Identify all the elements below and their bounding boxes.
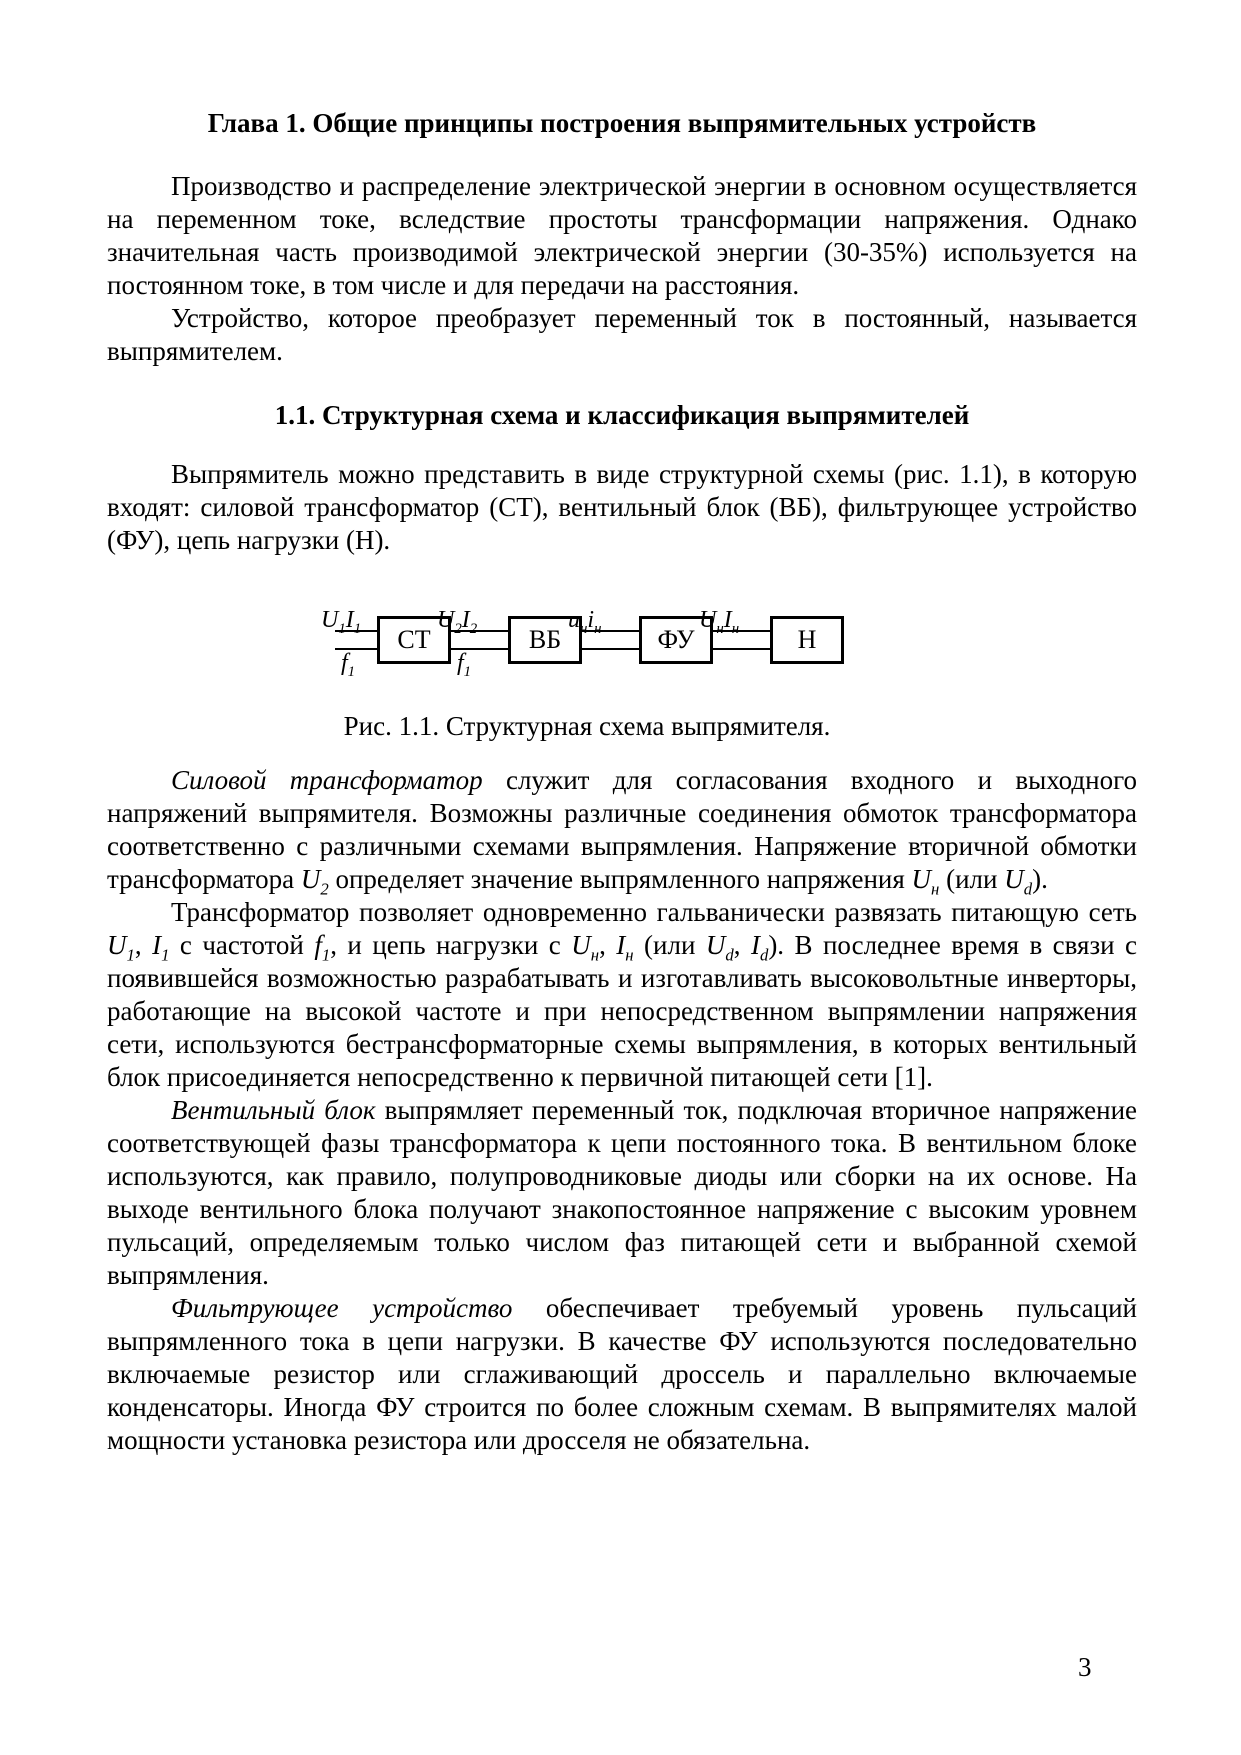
block-load: Н — [770, 616, 844, 664]
input-label-top: U1I1 — [321, 607, 361, 634]
connection-label-top: U2I2 — [437, 607, 477, 634]
connection-st-vb: U2I2 f1 — [451, 630, 508, 650]
connection-label-top: uнiн — [568, 607, 601, 634]
paragraph: Производство и распределение электрическ… — [107, 170, 1137, 302]
section-heading: 1.1. Структурная схема и классификация в… — [107, 398, 1137, 432]
paragraph: Устройство, которое преобразует переменн… — [107, 302, 1137, 368]
text-column: Глава 1. Общие принципы построения выпря… — [107, 0, 1137, 1457]
connection-label-top: UнIн — [699, 607, 739, 634]
paragraph: Вентильный блок выпрямляет переменный то… — [107, 1094, 1137, 1292]
page-number: 3 — [1078, 1652, 1092, 1683]
input-lines: U1I1 f1 — [335, 630, 377, 650]
paragraph: Силовой трансформатор служит для согласо… — [107, 764, 1137, 896]
connection-fu-n: UнIн — [713, 630, 770, 650]
chapter-title: Глава 1. Общие принципы построения выпря… — [107, 106, 1137, 140]
figure-caption: Рис. 1.1. Структурная схема выпрямителя. — [107, 711, 1067, 742]
connection-label-bottom: f1 — [457, 650, 471, 677]
figure-block-diagram: U1I1 f1 СТ U2I2 f1 ВБ uнiн ФУ UнIн Н — [107, 617, 1137, 742]
connection-vb-fu: uнiн — [582, 630, 639, 650]
rectifier-block-diagram: U1I1 f1 СТ U2I2 f1 ВБ uнiн ФУ UнIн Н — [335, 617, 1137, 663]
paragraph: Трансформатор позволяет одновременно гал… — [107, 896, 1137, 1094]
paragraph: Фильтрующее устройство обеспечивает треб… — [107, 1292, 1137, 1457]
paragraph: Выпрямитель можно представить в виде стр… — [107, 458, 1137, 557]
input-label-bottom: f1 — [341, 650, 355, 677]
document-page: Глава 1. Общие принципы построения выпря… — [0, 0, 1241, 1755]
